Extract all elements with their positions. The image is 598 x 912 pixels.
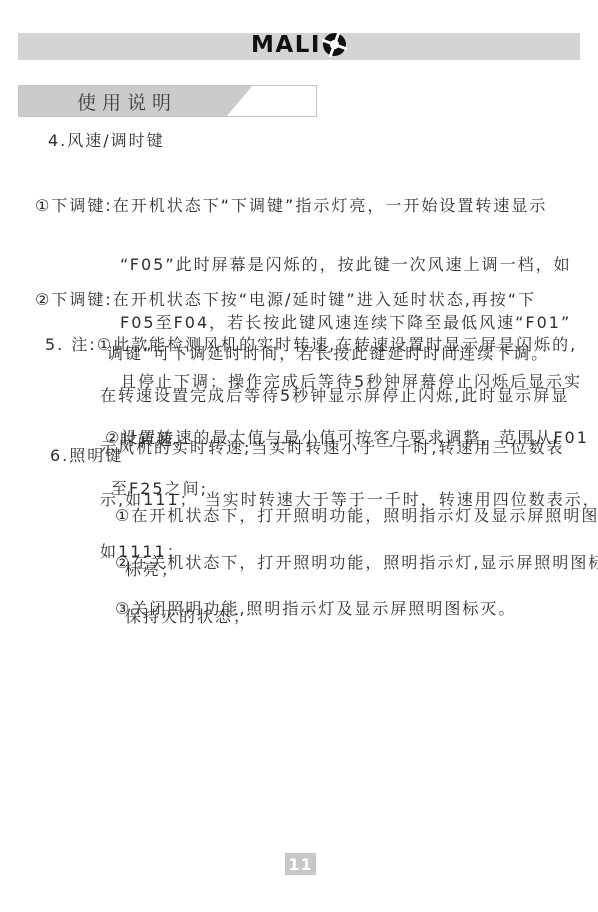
text-line: ③关闭照明功能,照明指示灯及显示屏照明图标灭。 (115, 600, 516, 618)
segmented-circle-o-icon (322, 32, 347, 61)
lighting-paragraph-3: ③关闭照明功能,照明指示灯及显示屏照明图标灭。 (115, 564, 516, 654)
manual-page: MALI 使用说明 4.风速/调时键 ①下调键:在开机状态下“下调键”指示灯亮，… (0, 0, 598, 912)
text-line: 5. 注:①此款能检测风机的实时转速,在转速设置时显示屏是闪烁的, (45, 336, 598, 353)
page-number-badge: 11 (285, 853, 316, 875)
section-4-heading: 4.风速/调时键 (48, 128, 165, 151)
brand-header-bar: MALI (18, 33, 580, 60)
text-line: ②设置转速的最大值与最小值可按客户要求调整，范围从F01 (105, 429, 589, 446)
text-line: ①下调键:在开机状态下“下调键”指示灯亮，一开始设置转速显示 (35, 196, 582, 216)
usage-instructions-banner: 使用说明 (18, 85, 317, 117)
page-number: 11 (288, 855, 312, 874)
section-6-heading: 6.照明键 (50, 443, 123, 466)
banner-title: 使用说明 (77, 86, 177, 116)
brand-logo-text: MALI (251, 34, 321, 57)
